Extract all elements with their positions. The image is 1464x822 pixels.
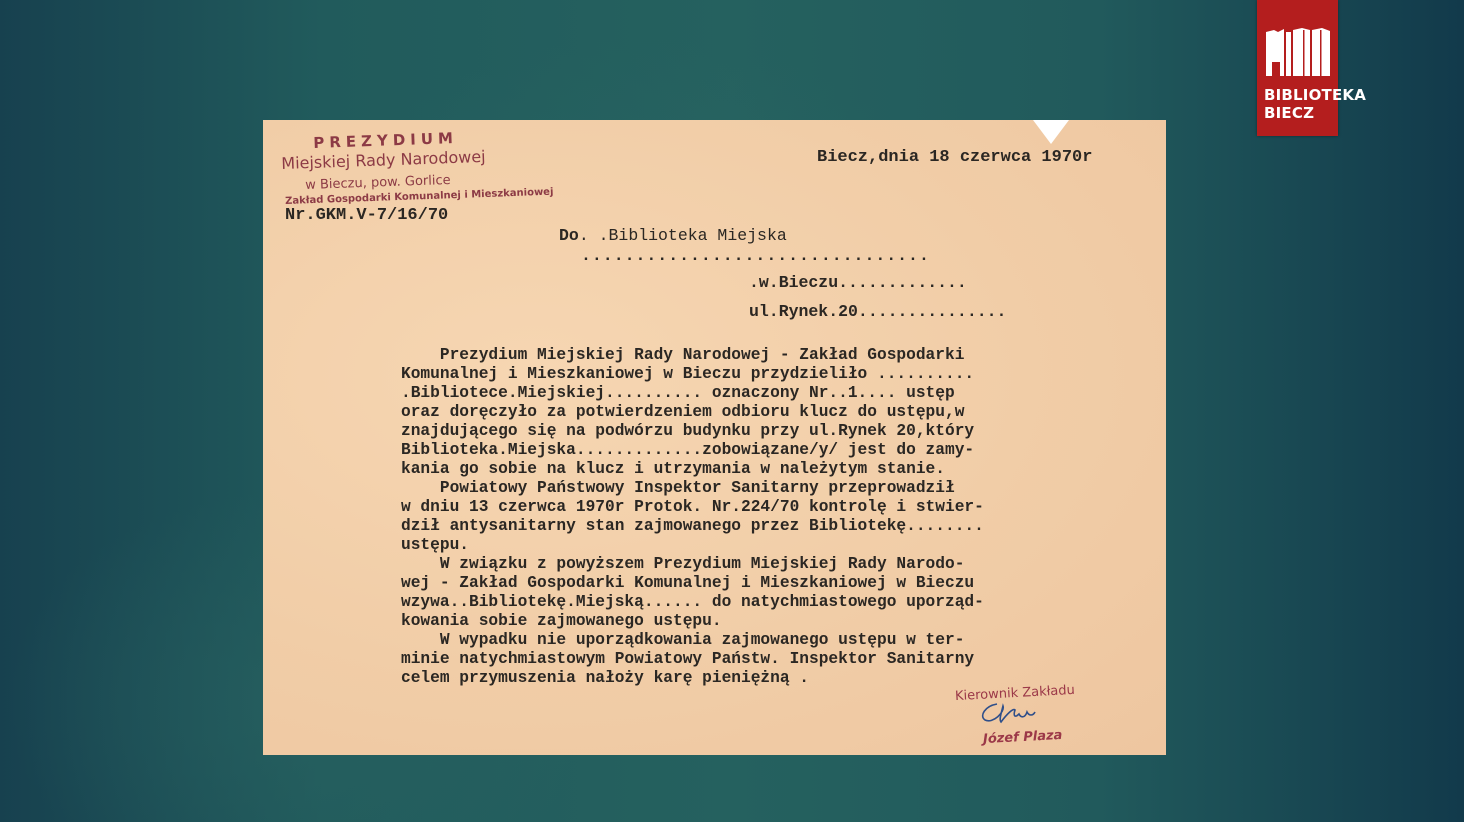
scanned-letter: PREZYDIUM Miejskiej Rady Narodowej w Bie… — [263, 120, 1166, 755]
body-line: minie natychmiastowym Powiatowy Państw. … — [401, 650, 1101, 669]
body-line: w dniu 13 czerwca 1970r Protok. Nr.224/7… — [401, 498, 1101, 517]
address-to-label: Do. .Biblioteka Miejska — [559, 226, 787, 245]
letter-body: Prezydium Miejskiej Rady Narodowej - Zak… — [401, 346, 1101, 688]
body-line: Powiatowy Państwowy Inspektor Sanitarny … — [401, 479, 1101, 498]
logo-line-2: BIECZ — [1264, 104, 1366, 122]
paper-tear — [1033, 120, 1069, 144]
address-street: ul.Rynek.20............... — [749, 302, 1006, 321]
handwritten-signature-icon — [979, 700, 1049, 726]
body-line: Prezydium Miejskiej Rady Narodowej - Zak… — [401, 346, 1101, 365]
body-line: znajdującego się na podwórzu budynku prz… — [401, 422, 1101, 441]
body-line: Biblioteka.Miejska.............zobowiąza… — [401, 441, 1101, 460]
body-line: wzywa..Bibliotekę.Miejską...... do natyc… — [401, 593, 1101, 612]
library-books-icon — [1264, 26, 1332, 76]
logo-line-1: BIBLIOTEKA — [1264, 86, 1366, 104]
body-line: W związku z powyższem Prezydium Miejskie… — [401, 555, 1101, 574]
body-line: dził antysanitarny stan zajmowanego prze… — [401, 517, 1101, 536]
body-line: W wypadku nie uporządkowania zajmowanego… — [401, 631, 1101, 650]
body-line: celem przymuszenia nałoży karę pieniężną… — [401, 669, 1101, 688]
address-dots: ................................ — [581, 246, 930, 265]
body-line: kania go sobie na klucz i utrzymania w n… — [401, 460, 1101, 479]
letter-date: Biecz,dnia 18 czerwca 1970r — [817, 148, 1092, 167]
body-line: kowania sobie zajmowanego ustępu. — [401, 612, 1101, 631]
stamp-line-2: Miejskiej Rady Narodowej — [281, 147, 486, 173]
body-line: ustępu. — [401, 536, 1101, 555]
address-city: .w.Bieczu............. — [749, 273, 967, 292]
body-line: .Bibliotece.Miejskiej.......... oznaczon… — [401, 384, 1101, 403]
body-line: wej - Zakład Gospodarki Komunalnej i Mie… — [401, 574, 1101, 593]
signatory-name: Józef Plaza — [983, 728, 1063, 747]
body-line: Komunalnej i Mieszkaniowej w Bieczu przy… — [401, 365, 1101, 384]
biblioteka-biecz-logo: BIBLIOTEKA BIECZ — [1257, 0, 1338, 136]
reference-number: Nr.GKM.V-7/16/70 — [285, 206, 448, 225]
body-line: oraz doręczyło za potwierdzeniem odbioru… — [401, 403, 1101, 422]
